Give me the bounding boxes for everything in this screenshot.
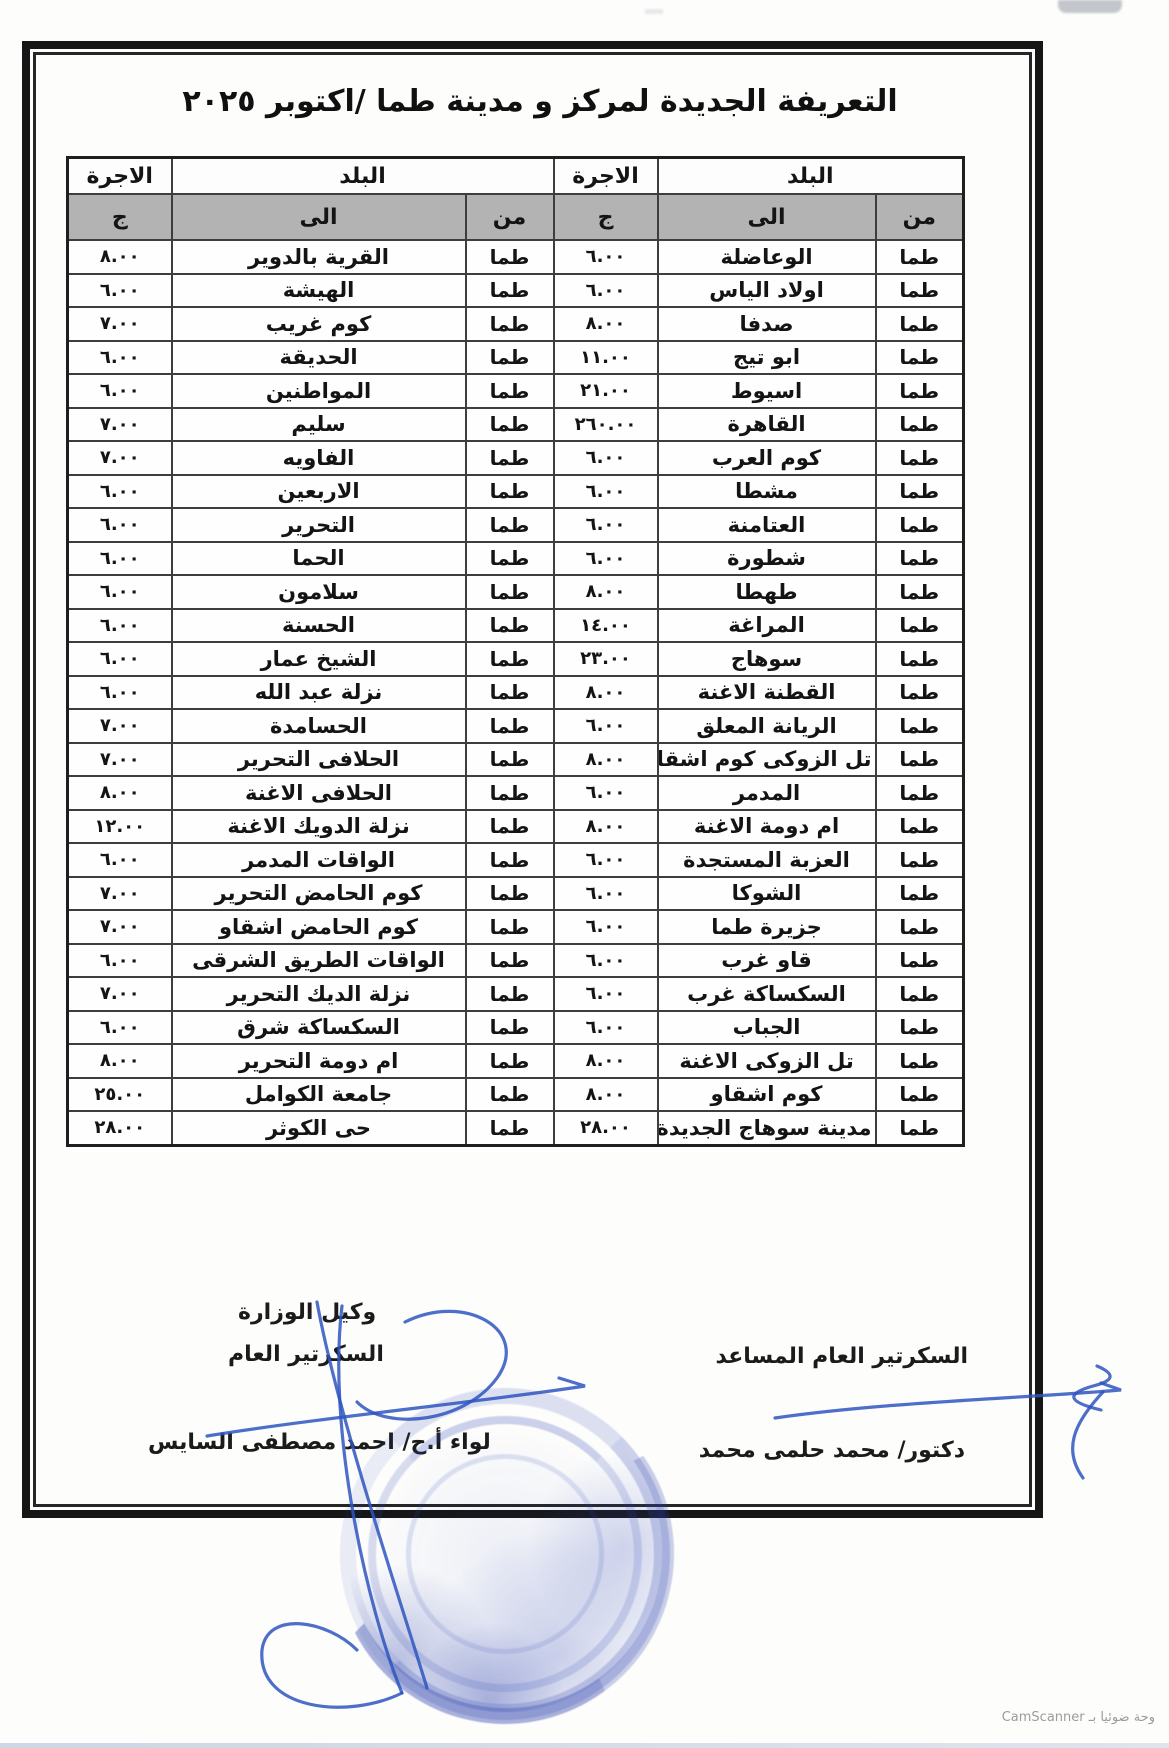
cell-to-left: الحسنة [172, 609, 466, 643]
table-row: طماصدفا٨.٠٠طماكوم غريب٧.٠٠ [68, 307, 964, 341]
cell-fare-left: ٦.٠٠ [68, 274, 172, 308]
cell-to-left: الحسامدة [172, 709, 466, 743]
table-header-row-columns: من الى ج من الى ج [68, 194, 964, 240]
table-row: طمامدينة سوهاج الجديدة٢٨.٠٠طماحى الكوثر٢… [68, 1111, 964, 1145]
cell-from-left: طما [466, 910, 554, 944]
cell-to-right: ام دومة الاغنة [658, 810, 876, 844]
cell-to-left: الهيشة [172, 274, 466, 308]
cell-fare-right: ٦.٠٠ [554, 709, 658, 743]
table-row: طماالقطنة الاغنة٨.٠٠طمانزلة عبد الله٦.٠٠ [68, 676, 964, 710]
cell-from-right: طما [876, 1111, 964, 1145]
cell-to-right: مشطا [658, 475, 876, 509]
cell-from-right: طما [876, 374, 964, 408]
cell-from-left: طما [466, 877, 554, 911]
header-to-left: الى [172, 194, 466, 240]
cell-fare-left: ٧.٠٠ [68, 408, 172, 442]
cell-from-left: طما [466, 642, 554, 676]
cell-fare-left: ٧.٠٠ [68, 977, 172, 1011]
cell-from-left: طما [466, 341, 554, 375]
cell-fare-left: ٧.٠٠ [68, 743, 172, 777]
cell-from-left: طما [466, 1078, 554, 1112]
cell-from-right: طما [876, 810, 964, 844]
table-row: طماالعتامنة٦.٠٠طماالتحرير٦.٠٠ [68, 508, 964, 542]
fare-table-body: طماالوعاضلة٦.٠٠طماالقرية بالدوير٨.٠٠طماا… [68, 240, 964, 1145]
table-row: طماطهطا٨.٠٠طماسلامون٦.٠٠ [68, 575, 964, 609]
scan-bottom-edge [0, 1743, 1169, 1748]
header-fare-left: الاجرة [68, 158, 172, 195]
cell-fare-right: ٢٦٠.٠٠ [554, 408, 658, 442]
cell-to-right: الريانة المعلق [658, 709, 876, 743]
cell-to-right: سوهاج [658, 642, 876, 676]
header-from-right: من [876, 194, 964, 240]
table-row: طماشطورة٦.٠٠طماالحما٦.٠٠ [68, 542, 964, 576]
cell-from-left: طما [466, 944, 554, 978]
cell-from-left: طما [466, 240, 554, 274]
cell-to-right: تل الزوكى كوم اشقاو [658, 743, 876, 777]
cell-from-right: طما [876, 274, 964, 308]
table-row: طماالمراغة١٤.٠٠طماالحسنة٦.٠٠ [68, 609, 964, 643]
cell-fare-left: ٦.٠٠ [68, 944, 172, 978]
cell-from-left: طما [466, 810, 554, 844]
cell-from-left: طما [466, 843, 554, 877]
cell-fare-left: ٦.٠٠ [68, 676, 172, 710]
cell-to-right: ابو تيج [658, 341, 876, 375]
cell-fare-right: ٦.٠٠ [554, 542, 658, 576]
cell-from-right: طما [876, 307, 964, 341]
cell-fare-right: ٦.٠٠ [554, 877, 658, 911]
cell-fare-right: ٦.٠٠ [554, 475, 658, 509]
cell-from-left: طما [466, 609, 554, 643]
cell-from-right: طما [876, 877, 964, 911]
cell-to-left: نزلة عبد الله [172, 676, 466, 710]
cell-fare-right: ٨.٠٠ [554, 1078, 658, 1112]
cell-to-right: كوم العرب [658, 441, 876, 475]
cell-to-right: العزبة المستجدة [658, 843, 876, 877]
cell-from-right: طما [876, 475, 964, 509]
cell-fare-left: ٧.٠٠ [68, 307, 172, 341]
cell-from-left: طما [466, 1044, 554, 1078]
cell-fare-left: ١٢.٠٠ [68, 810, 172, 844]
cell-to-right: تل الزوكى الاغنة [658, 1044, 876, 1078]
cell-to-left: كوم الحامض التحرير [172, 877, 466, 911]
table-row: طماقاو غرب٦.٠٠طماالواقات الطريق الشرقى٦.… [68, 944, 964, 978]
cell-to-right: الشوكا [658, 877, 876, 911]
cell-fare-left: ٧.٠٠ [68, 441, 172, 475]
cell-from-right: طما [876, 944, 964, 978]
cell-from-right: طما [876, 609, 964, 643]
cell-to-left: الحديقة [172, 341, 466, 375]
header-country-right: البلد [658, 158, 964, 195]
cell-from-left: طما [466, 776, 554, 810]
cell-to-left: حى الكوثر [172, 1111, 466, 1145]
header-fare-unit-right: ج [554, 194, 658, 240]
cell-to-right: طهطا [658, 575, 876, 609]
cell-from-right: طما [876, 575, 964, 609]
cell-fare-left: ٦.٠٠ [68, 341, 172, 375]
cell-to-right: القطنة الاغنة [658, 676, 876, 710]
cell-to-left: كوم غريب [172, 307, 466, 341]
scan-smudge-top-right [1058, 0, 1122, 13]
table-row: طماالجباب٦.٠٠طماالسكساكة شرق٦.٠٠ [68, 1011, 964, 1045]
cell-to-right: كوم اشقاو [658, 1078, 876, 1112]
table-row: طماسوهاج٢٣.٠٠طماالشيخ عمار٦.٠٠ [68, 642, 964, 676]
table-row: طماالشوكا٦.٠٠طماكوم الحامض التحرير٧.٠٠ [68, 877, 964, 911]
cell-fare-right: ١١.٠٠ [554, 341, 658, 375]
table-row: طماالعزبة المستجدة٦.٠٠طماالواقات المدمر٦… [68, 843, 964, 877]
fare-table: البلد الاجرة البلد الاجرة من الى ج من ال… [66, 156, 965, 1147]
cell-from-left: طما [466, 274, 554, 308]
cell-from-right: طما [876, 341, 964, 375]
scanned-document-page: التعريفة الجديدة لمركز و مدينة طما /اكتو… [0, 0, 1169, 1748]
cell-from-right: طما [876, 843, 964, 877]
cell-fare-left: ٦.٠٠ [68, 575, 172, 609]
cell-from-right: طما [876, 1011, 964, 1045]
cell-fare-right: ٨.٠٠ [554, 307, 658, 341]
cell-fare-right: ٨.٠٠ [554, 575, 658, 609]
cell-to-left: الحما [172, 542, 466, 576]
header-fare-unit-left: ج [68, 194, 172, 240]
cell-from-right: طما [876, 910, 964, 944]
cell-to-left: الفاويه [172, 441, 466, 475]
cell-fare-right: ٢١.٠٠ [554, 374, 658, 408]
cell-from-right: طما [876, 776, 964, 810]
cell-fare-right: ٦.٠٠ [554, 910, 658, 944]
cell-fare-right: ٦.٠٠ [554, 240, 658, 274]
cell-from-right: طما [876, 408, 964, 442]
table-header-row-groups: البلد الاجرة البلد الاجرة [68, 158, 964, 195]
cell-from-right: طما [876, 542, 964, 576]
cell-from-left: طما [466, 743, 554, 777]
cell-to-left: ام دومة التحرير [172, 1044, 466, 1078]
cell-fare-left: ٦.٠٠ [68, 609, 172, 643]
cell-fare-left: ٦.٠٠ [68, 508, 172, 542]
cell-from-left: طما [466, 374, 554, 408]
cell-to-right: السكساكة غرب [658, 977, 876, 1011]
cell-to-left: نزلة الديك التحرير [172, 977, 466, 1011]
cell-fare-right: ٦.٠٠ [554, 508, 658, 542]
cell-to-left: الاربعين [172, 475, 466, 509]
cell-from-right: طما [876, 508, 964, 542]
table-row: طماالريانة المعلق٦.٠٠طماالحسامدة٧.٠٠ [68, 709, 964, 743]
table-row: طماام دومة الاغنة٨.٠٠طمانزلة الدويك الاغ… [68, 810, 964, 844]
cell-from-left: طما [466, 307, 554, 341]
cell-fare-left: ٦.٠٠ [68, 1011, 172, 1045]
cell-from-right: طما [876, 1044, 964, 1078]
cell-from-right: طما [876, 642, 964, 676]
cell-from-right: طما [876, 441, 964, 475]
cell-to-right: قاو غرب [658, 944, 876, 978]
handwritten-signature-left [165, 1290, 635, 1715]
cell-to-right: المراغة [658, 609, 876, 643]
table-row: طمااولاد الياس٦.٠٠طماالهيشة٦.٠٠ [68, 274, 964, 308]
cell-to-right: صدفا [658, 307, 876, 341]
cell-to-left: المواطنين [172, 374, 466, 408]
cell-to-left: الشيخ عمار [172, 642, 466, 676]
cell-fare-right: ٦.٠٠ [554, 843, 658, 877]
cell-to-right: الجباب [658, 1011, 876, 1045]
cell-fare-right: ٦.٠٠ [554, 977, 658, 1011]
cell-to-left: كوم الحامض اشقاو [172, 910, 466, 944]
table-row: طمااسيوط٢١.٠٠طماالمواطنين٦.٠٠ [68, 374, 964, 408]
cell-to-right: القاهرة [658, 408, 876, 442]
table-row: طماتل الزوكى الاغنة٨.٠٠طماام دومة التحري… [68, 1044, 964, 1078]
cell-to-left: نزلة الدويك الاغنة [172, 810, 466, 844]
cell-to-left: التحرير [172, 508, 466, 542]
table-row: طماالقاهرة٢٦٠.٠٠طماسليم٧.٠٠ [68, 408, 964, 442]
cell-fare-left: ٨.٠٠ [68, 1044, 172, 1078]
cell-to-right: شطورة [658, 542, 876, 576]
table-row: طماتل الزوكى كوم اشقاو٨.٠٠طماالحلافى الت… [68, 743, 964, 777]
header-fare-right: الاجرة [554, 158, 658, 195]
header-from-left: من [466, 194, 554, 240]
cell-from-left: طما [466, 575, 554, 609]
cell-from-right: طما [876, 977, 964, 1011]
cell-fare-left: ٧.٠٠ [68, 709, 172, 743]
cell-to-left: الواقات المدمر [172, 843, 466, 877]
cell-from-right: طما [876, 1078, 964, 1112]
cell-to-right: اسيوط [658, 374, 876, 408]
cell-fare-left: ٢٨.٠٠ [68, 1111, 172, 1145]
table-row: طماجزيرة طما٦.٠٠طماكوم الحامض اشقاو٧.٠٠ [68, 910, 964, 944]
cell-fare-left: ٦.٠٠ [68, 542, 172, 576]
cell-to-right: المدمر [658, 776, 876, 810]
table-row: طماالمدمر٦.٠٠طماالحلافى الاغنة٨.٠٠ [68, 776, 964, 810]
cell-fare-left: ٦.٠٠ [68, 843, 172, 877]
cell-to-left: الحلافى التحرير [172, 743, 466, 777]
cell-fare-left: ٨.٠٠ [68, 776, 172, 810]
cell-to-right: مدينة سوهاج الجديدة [658, 1111, 876, 1145]
cell-fare-left: ٢٥.٠٠ [68, 1078, 172, 1112]
cell-fare-left: ٧.٠٠ [68, 877, 172, 911]
cell-to-left: سليم [172, 408, 466, 442]
cell-from-left: طما [466, 408, 554, 442]
cell-fare-left: ٦.٠٠ [68, 642, 172, 676]
cell-from-left: طما [466, 709, 554, 743]
table-row: طماالسكساكة غرب٦.٠٠طمانزلة الديك التحرير… [68, 977, 964, 1011]
cell-to-right: اولاد الياس [658, 274, 876, 308]
cell-to-left: السكساكة شرق [172, 1011, 466, 1045]
camscanner-watermark: وحة ضوئيا بـ CamScanner [1002, 1710, 1155, 1725]
header-country-left: البلد [172, 158, 554, 195]
cell-to-right: جزيرة طما [658, 910, 876, 944]
cell-from-left: طما [466, 441, 554, 475]
cell-to-left: جامعة الكوامل [172, 1078, 466, 1112]
cell-from-left: طما [466, 475, 554, 509]
cell-fare-left: ٦.٠٠ [68, 374, 172, 408]
cell-fare-right: ٨.٠٠ [554, 1044, 658, 1078]
cell-fare-left: ٦.٠٠ [68, 475, 172, 509]
cell-fare-right: ٦.٠٠ [554, 776, 658, 810]
table-row: طماابو تيج١١.٠٠طماالحديقة٦.٠٠ [68, 341, 964, 375]
cell-to-right: الوعاضلة [658, 240, 876, 274]
cell-to-left: الواقات الطريق الشرقى [172, 944, 466, 978]
cell-from-right: طما [876, 743, 964, 777]
cell-fare-right: ٨.٠٠ [554, 810, 658, 844]
cell-to-right: العتامنة [658, 508, 876, 542]
cell-fare-left: ٧.٠٠ [68, 910, 172, 944]
cell-fare-right: ٢٣.٠٠ [554, 642, 658, 676]
cell-to-left: الحلافى الاغنة [172, 776, 466, 810]
table-row: طماكوم العرب٦.٠٠طماالفاويه٧.٠٠ [68, 441, 964, 475]
cell-fare-right: ٢٨.٠٠ [554, 1111, 658, 1145]
table-row: طماالوعاضلة٦.٠٠طماالقرية بالدوير٨.٠٠ [68, 240, 964, 274]
cell-from-left: طما [466, 1111, 554, 1145]
cell-to-left: سلامون [172, 575, 466, 609]
cell-from-left: طما [466, 542, 554, 576]
page-title: التعريفة الجديدة لمركز و مدينة طما /اكتو… [40, 84, 1040, 119]
cell-from-left: طما [466, 508, 554, 542]
cell-from-left: طما [466, 676, 554, 710]
cell-fare-right: ٦.٠٠ [554, 944, 658, 978]
cell-from-right: طما [876, 676, 964, 710]
table-row: طمامشطا٦.٠٠طماالاربعين٦.٠٠ [68, 475, 964, 509]
cell-from-left: طما [466, 1011, 554, 1045]
cell-fare-right: ٦.٠٠ [554, 441, 658, 475]
table-row: طماكوم اشقاو٨.٠٠طماجامعة الكوامل٢٥.٠٠ [68, 1078, 964, 1112]
cell-fare-right: ٨.٠٠ [554, 676, 658, 710]
cell-to-left: القرية بالدوير [172, 240, 466, 274]
header-to-right: الى [658, 194, 876, 240]
cell-from-right: طما [876, 240, 964, 274]
cell-fare-right: ٨.٠٠ [554, 743, 658, 777]
cell-fare-right: ٦.٠٠ [554, 274, 658, 308]
cell-fare-right: ١٤.٠٠ [554, 609, 658, 643]
scan-smudge-top-center [645, 9, 663, 14]
cell-from-right: طما [876, 709, 964, 743]
cell-fare-right: ٦.٠٠ [554, 1011, 658, 1045]
cell-from-left: طما [466, 977, 554, 1011]
cell-fare-left: ٨.٠٠ [68, 240, 172, 274]
handwritten-signature-right [765, 1352, 1135, 1487]
